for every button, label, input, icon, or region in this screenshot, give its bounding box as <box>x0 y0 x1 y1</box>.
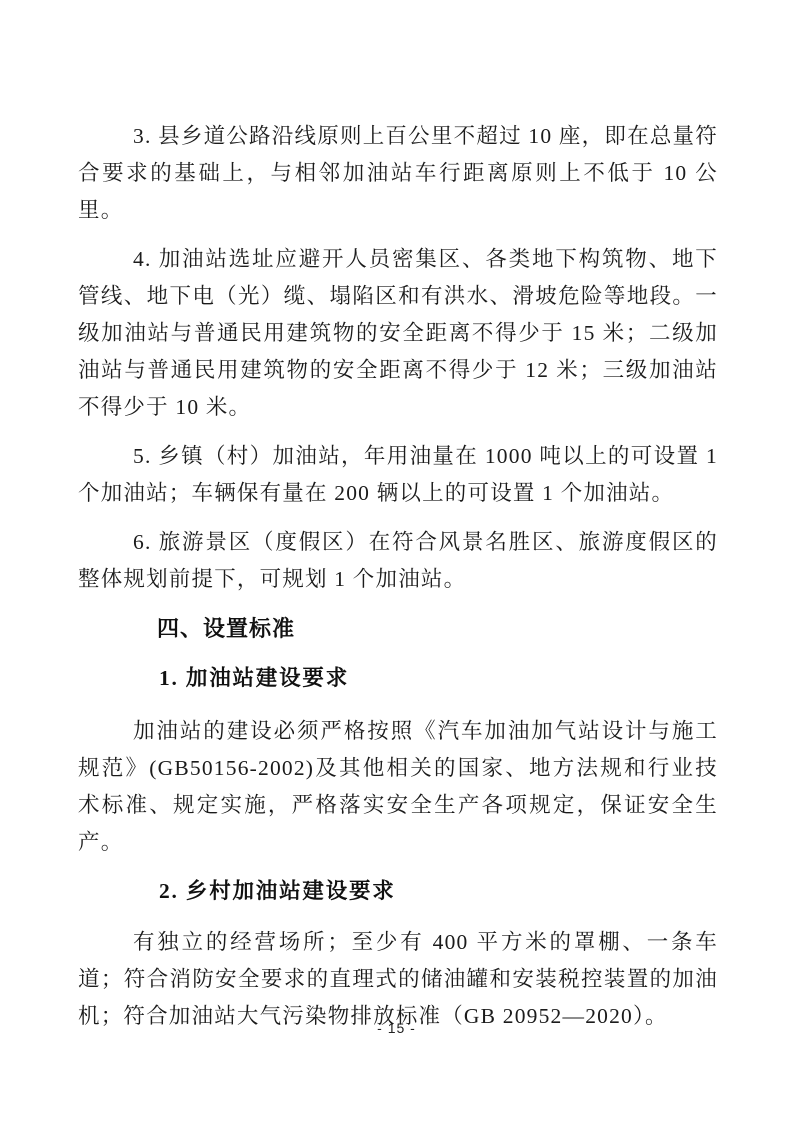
page-number: - 15 - <box>377 1020 416 1036</box>
paragraph-rule-5: 5. 乡镇（村）加油站，年用油量在 1000 吨以上的可设置 1 个加油站；车辆… <box>78 438 718 512</box>
paragraph-rule-3: 3. 县乡道公路沿线原则上百公里不超过 10 座，即在总量符合要求的基础上，与相… <box>78 118 718 229</box>
sub-heading-2: 2. 乡村加油站建设要求 <box>159 873 718 910</box>
section-heading-4: 四、设置标准 <box>157 610 718 647</box>
paragraph-rule-4: 4. 加油站选址应避开人员密集区、各类地下构筑物、地下管线、地下电（光）缆、塌陷… <box>78 241 718 426</box>
sub-heading-1: 1. 加油站建设要求 <box>159 660 718 697</box>
paragraph-rule-6: 6. 旅游景区（度假区）在符合风景名胜区、旅游度假区的整体规划前提下，可规划 1… <box>78 524 718 598</box>
document-page: 3. 县乡道公路沿线原则上百公里不超过 10 座，即在总量符合要求的基础上，与相… <box>0 0 793 1122</box>
paragraph-station-construction: 加油站的建设必须严格按照《汽车加油加气站设计与施工规范》(GB50156-200… <box>78 713 718 861</box>
document-body: 3. 县乡道公路沿线原则上百公里不超过 10 座，即在总量符合要求的基础上，与相… <box>78 118 718 1047</box>
paragraph-rural-station: 有独立的经营场所；至少有 400 平方米的罩棚、一条车道；符合消防安全要求的直理… <box>78 924 718 1035</box>
page-footer: - 15 - <box>0 1020 793 1038</box>
